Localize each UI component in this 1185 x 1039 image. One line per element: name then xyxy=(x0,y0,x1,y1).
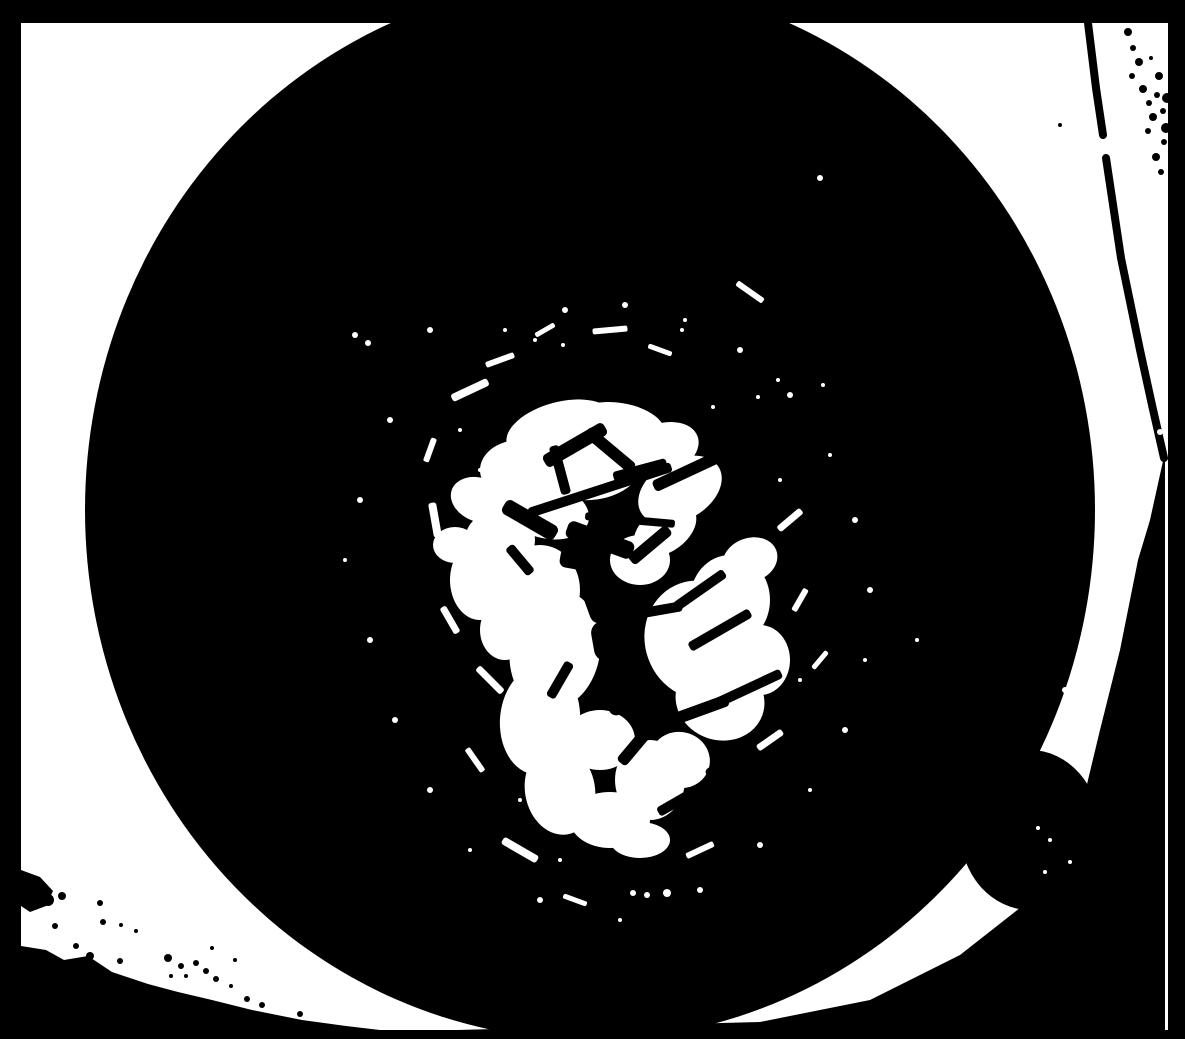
speck xyxy=(233,958,237,962)
speck xyxy=(852,517,858,523)
speck xyxy=(680,328,684,332)
speck xyxy=(683,318,687,322)
speck xyxy=(244,996,250,1002)
speck xyxy=(100,919,106,925)
speck xyxy=(776,378,780,382)
speck xyxy=(1155,72,1163,80)
speck xyxy=(618,918,622,922)
speck xyxy=(343,558,347,562)
speck xyxy=(259,1002,265,1008)
speck xyxy=(468,848,472,852)
speck xyxy=(1130,45,1136,51)
speck xyxy=(1139,85,1147,93)
speck xyxy=(203,968,209,974)
speck xyxy=(58,892,66,900)
shadow-filler xyxy=(960,750,1100,910)
speck xyxy=(1160,108,1166,114)
speck xyxy=(229,984,233,988)
speck xyxy=(808,788,812,792)
speck xyxy=(387,417,393,423)
speck xyxy=(213,976,219,982)
speck xyxy=(478,468,482,472)
speck xyxy=(1149,444,1153,448)
speck xyxy=(1068,860,1072,864)
speck xyxy=(1124,28,1132,36)
speck xyxy=(503,328,507,332)
speck xyxy=(164,954,172,962)
speck xyxy=(357,497,363,503)
speck xyxy=(863,658,867,662)
speck xyxy=(97,900,103,906)
speck xyxy=(537,897,543,903)
speck xyxy=(1135,58,1143,66)
speck xyxy=(1161,123,1171,133)
speck xyxy=(134,929,138,933)
speck xyxy=(867,587,873,593)
speck xyxy=(756,395,760,399)
speck xyxy=(915,638,919,642)
speck xyxy=(365,340,371,346)
speck xyxy=(842,727,848,733)
speck xyxy=(817,175,823,181)
speck xyxy=(798,678,802,682)
speck xyxy=(458,428,462,432)
scene-svg xyxy=(0,0,1185,1039)
speck xyxy=(1075,702,1081,708)
speck xyxy=(427,327,433,333)
speck xyxy=(562,307,568,313)
speck xyxy=(42,894,54,906)
speck xyxy=(1083,760,1087,764)
speck xyxy=(193,960,199,966)
speck xyxy=(169,974,173,978)
speck xyxy=(1154,92,1160,98)
crystal-blob xyxy=(480,600,530,660)
speck xyxy=(1058,123,1062,127)
speck xyxy=(711,405,715,409)
speck xyxy=(210,946,214,950)
speck xyxy=(757,842,763,848)
speck xyxy=(73,943,79,949)
speck xyxy=(518,798,522,802)
speck xyxy=(778,478,782,482)
speck xyxy=(1088,720,1092,724)
speck xyxy=(630,890,636,896)
speck xyxy=(1036,826,1040,830)
speck xyxy=(1149,56,1153,60)
speck xyxy=(392,717,398,723)
crystal-blob xyxy=(610,822,670,858)
speck xyxy=(561,343,565,347)
speck xyxy=(737,347,743,353)
speck xyxy=(1157,429,1163,435)
speck xyxy=(117,958,123,964)
speck xyxy=(1068,740,1072,744)
speck xyxy=(558,858,562,862)
speck xyxy=(86,952,94,960)
speck xyxy=(297,1011,303,1017)
speck xyxy=(1149,113,1157,121)
speck xyxy=(1129,73,1135,79)
speck xyxy=(1048,838,1052,842)
speck xyxy=(821,383,825,387)
speck xyxy=(1043,870,1047,874)
speck xyxy=(1145,128,1151,134)
speck xyxy=(663,889,671,897)
speck xyxy=(52,923,58,929)
speck xyxy=(622,302,628,308)
speck xyxy=(178,963,184,969)
speck xyxy=(697,887,703,893)
speck xyxy=(352,332,358,338)
speck xyxy=(1162,93,1172,103)
speck xyxy=(367,637,373,643)
speck xyxy=(1146,100,1152,106)
speck xyxy=(787,392,793,398)
speck xyxy=(427,787,433,793)
speck xyxy=(119,923,123,927)
speck xyxy=(1152,153,1160,161)
speck xyxy=(1062,687,1068,693)
speck xyxy=(1161,139,1167,145)
speck xyxy=(1158,169,1164,175)
binarized-photo-figure xyxy=(0,0,1185,1039)
speck xyxy=(184,974,188,978)
speck xyxy=(828,453,832,457)
speck xyxy=(138,990,144,996)
speck xyxy=(533,338,537,342)
speck xyxy=(644,892,650,898)
